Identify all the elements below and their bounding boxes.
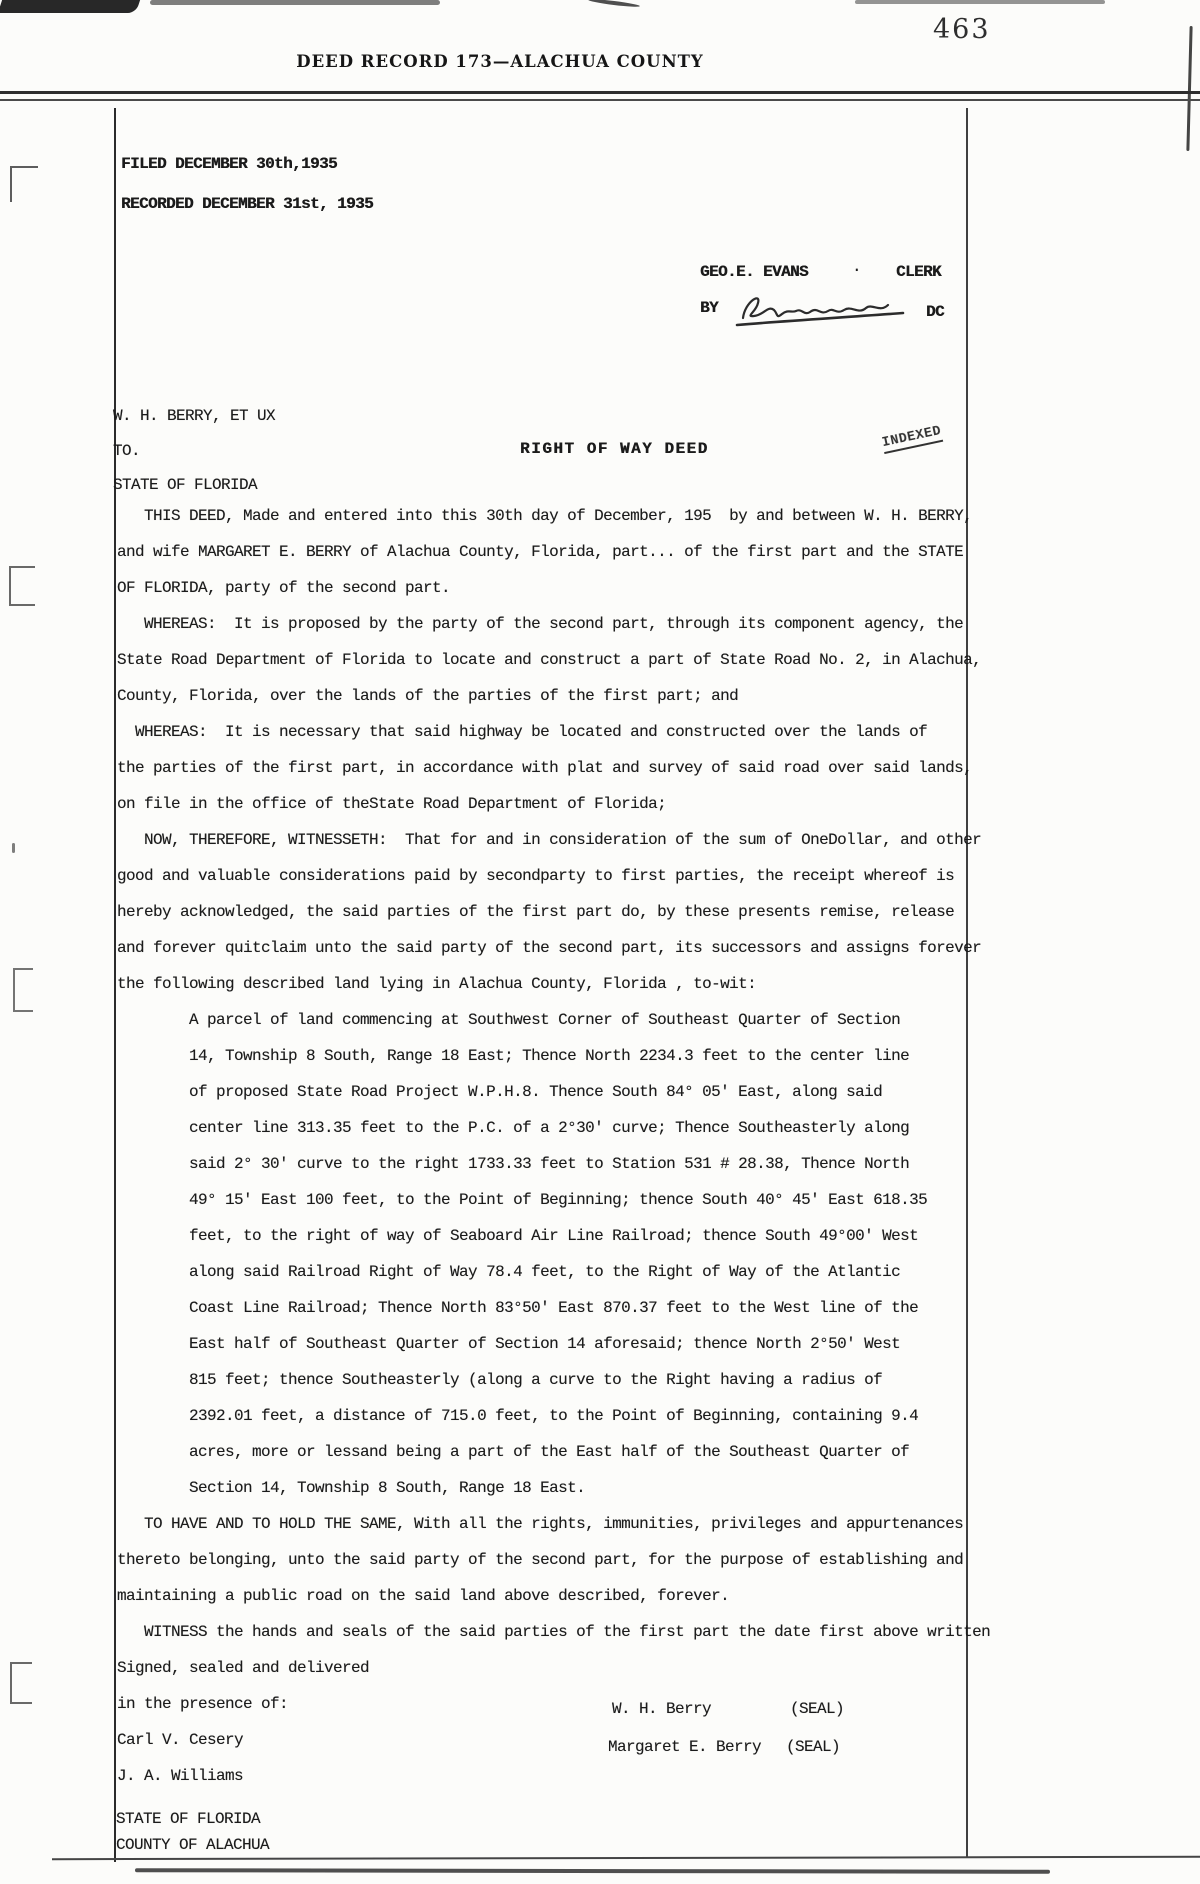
filed-date-line: FILED DECEMBER 30th,1935 <box>121 146 337 182</box>
margin-bracket-1 <box>10 166 38 202</box>
margin-bracket-4 <box>10 1662 32 1704</box>
margin-bracket-3 <box>13 968 33 1012</box>
recorded-date-line: RECORDED DECEMBER 31st, 1935 <box>121 186 373 222</box>
clerk-signature <box>733 286 913 336</box>
scan-smudge-top-mid <box>150 0 440 5</box>
bottom-rule-thick <box>135 1868 1050 1874</box>
page-number: 463 <box>933 14 991 45</box>
top-rule-thick <box>0 91 1200 94</box>
by-label: BY <box>700 290 718 326</box>
margin-bracket-2 <box>9 566 35 606</box>
signature-name-2: Margaret E. Berry <box>608 1738 761 1756</box>
signature-seal-1: (SEAL) <box>790 1700 844 1718</box>
ink-dot: · <box>852 252 861 288</box>
clerk-name: GEO.E. EVANS <box>700 254 808 290</box>
scan-smudge-top-left <box>0 0 140 13</box>
running-head: DEED RECORD 173—ALACHUA COUNTY <box>280 52 720 71</box>
left-border-rule <box>114 108 116 1862</box>
deed-record-page: DEED RECORD 173—ALACHUA COUNTY 463 FILED… <box>0 0 1200 1884</box>
caption-to: TO. <box>113 433 140 469</box>
caption-grantor: W. H. BERRY, ET UX <box>113 398 275 434</box>
indexed-stamp: INDEXED <box>881 424 944 454</box>
top-rule-thin <box>0 99 1200 101</box>
clerk-title: CLERK <box>896 254 941 290</box>
scan-mark-right-edge <box>1186 26 1192 151</box>
instrument-title: RIGHT OF WAY DEED <box>520 431 709 467</box>
signature-name-1: W. H. Berry <box>612 1700 711 1718</box>
margin-tick <box>12 843 15 853</box>
deed-body-text: THIS DEED, Made and entered into this 30… <box>117 498 990 1794</box>
scan-squiggle-top <box>588 0 640 8</box>
deputy-clerk-initials: DC <box>926 294 944 330</box>
scan-smudge-top-right <box>855 0 1105 4</box>
notary-venue-block: STATE OF FLORIDA COUNTY OF ALACHUA <box>116 1806 269 1858</box>
signature-seal-2: (SEAL) <box>786 1738 840 1756</box>
